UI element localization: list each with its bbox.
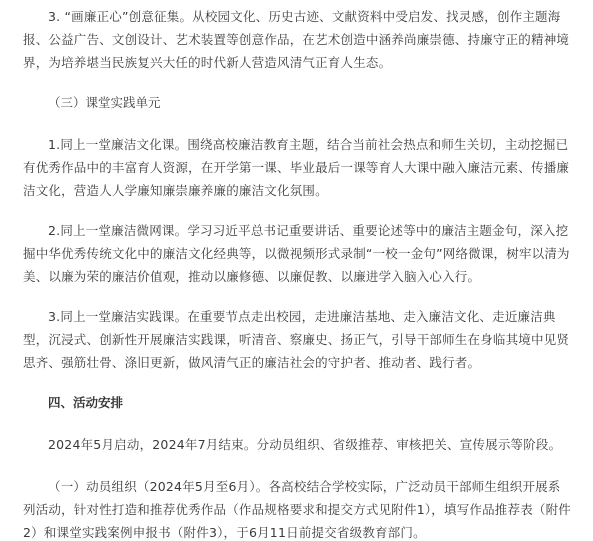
spacer <box>23 74 571 91</box>
paragraph-class-3: 3.同上一堂廉洁实践课。在重要节点走出校园，走进廉洁基地、走入廉洁文化、走近廉洁… <box>23 305 571 374</box>
spacer <box>23 456 571 475</box>
paragraph-schedule: 2024年5月启动，2024年7月结束。分动员组织、省级推荐、审核把关、宣传展示… <box>23 433 571 456</box>
paragraph-creative-collection: 3. “画廉正心”创意征集。从校园文化、历史古迹、文献资料中受启发、找灵感，创作… <box>23 5 571 74</box>
section-three-heading: （三）课堂实践单元 <box>23 91 571 114</box>
spacer <box>23 414 571 433</box>
paragraph-mobilization: （一）动员组织（2024年5月至6月）。各高校结合学校实际，广泛动员干部师生组织… <box>23 475 571 541</box>
section-four-heading: 四、活动安排 <box>23 391 571 414</box>
document-body: 3. “画廉正心”创意征集。从校园文化、历史古迹、文献资料中受启发、找灵感，创作… <box>23 5 571 541</box>
spacer <box>23 202 571 219</box>
spacer <box>23 114 571 133</box>
paragraph-class-2: 2.同上一堂廉洁微网课。学习习近平总书记重要讲话、重要论述等中的廉洁主题金句，深… <box>23 219 571 288</box>
spacer <box>23 288 571 305</box>
spacer <box>23 374 571 391</box>
paragraph-class-1: 1.同上一堂廉洁文化课。围绕高校廉洁教育主题，结合当前社会热点和师生关切，主动挖… <box>23 133 571 202</box>
